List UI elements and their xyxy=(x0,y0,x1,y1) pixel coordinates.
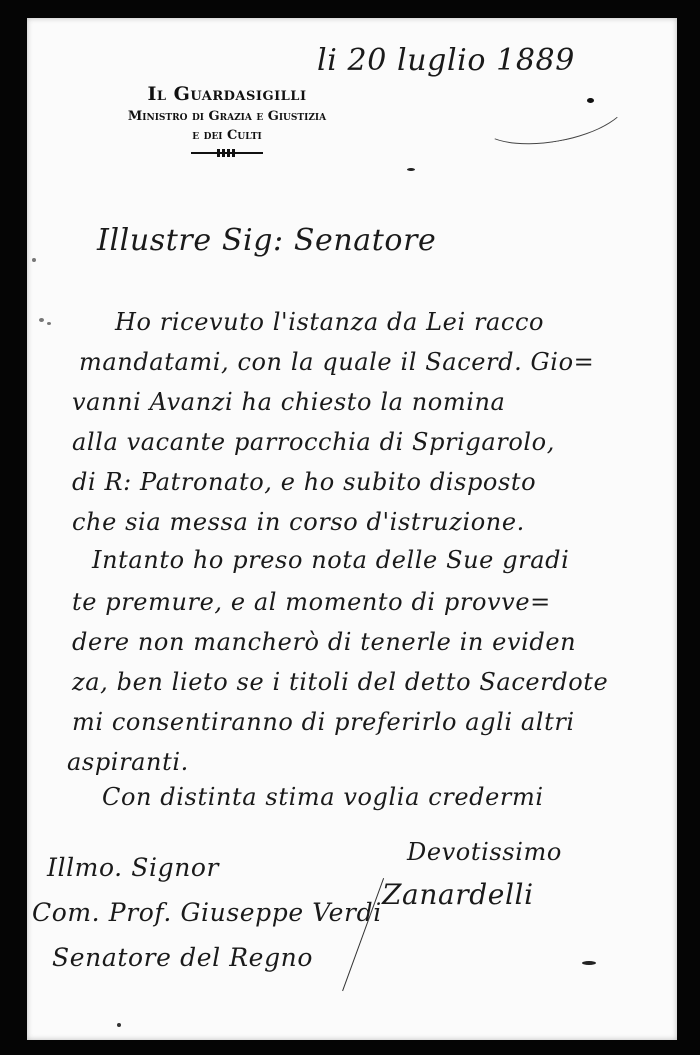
ink-speck xyxy=(39,318,44,322)
body-line: Intanto ho preso nota delle Sue gradi xyxy=(92,546,569,574)
ink-speck xyxy=(47,322,51,325)
body-line: te premure, e al momento di provve= xyxy=(72,588,551,616)
addressee-line: Illmo. Signor xyxy=(47,853,219,882)
body-line: alla vacante parrocchia di Sprigarolo, xyxy=(72,428,555,456)
ink-speck xyxy=(407,168,415,171)
signature-stroke xyxy=(342,878,403,998)
addressee-line: Senatore del Regno xyxy=(52,943,313,972)
salutation: Illustre Sig: Senatore xyxy=(97,223,436,258)
body-line: di R: Patronato, e ho subito disposto xyxy=(72,468,536,496)
letterhead-title: Il Guardasigilli xyxy=(77,83,377,105)
letterhead-ministry: Ministro di Grazia e Giustizia xyxy=(77,109,377,124)
body-line: dere non mancherò di tenerle in eviden xyxy=(72,628,576,656)
ink-speck xyxy=(117,1023,121,1027)
body-line: za, ben lieto se i titoli del detto Sace… xyxy=(72,668,608,696)
letterhead-ornament-icon xyxy=(191,149,263,157)
body-line: Ho ricevuto l'istanza da Lei racco xyxy=(115,308,544,336)
ink-speck xyxy=(582,961,596,965)
ink-speck xyxy=(32,258,36,262)
letter-page: Il Guardasigilli Ministro di Grazia e Gi… xyxy=(27,18,677,1040)
body-line: che sia messa in corso d'istruzione. xyxy=(72,508,525,536)
body-line: aspiranti. xyxy=(67,748,189,776)
closing: Devotissimo xyxy=(407,838,562,866)
letter-date: li 20 luglio 1889 xyxy=(317,43,575,78)
body-line: mi consentiranno di preferirlo agli altr… xyxy=(72,708,575,736)
letterhead: Il Guardasigilli Ministro di Grazia e Gi… xyxy=(77,83,377,157)
signature: Zanardelli xyxy=(382,878,534,911)
body-line: mandatami, con la quale il Sacerd. Gio= xyxy=(79,348,594,376)
body-line: Con distinta stima voglia credermi xyxy=(102,783,544,811)
letterhead-culti: e dei Culti xyxy=(77,128,377,143)
addressee-line: Com. Prof. Giuseppe Verdi xyxy=(32,898,382,927)
body-line: vanni Avanzi ha chiesto la nomina xyxy=(72,388,505,416)
date-flourish xyxy=(473,67,633,154)
